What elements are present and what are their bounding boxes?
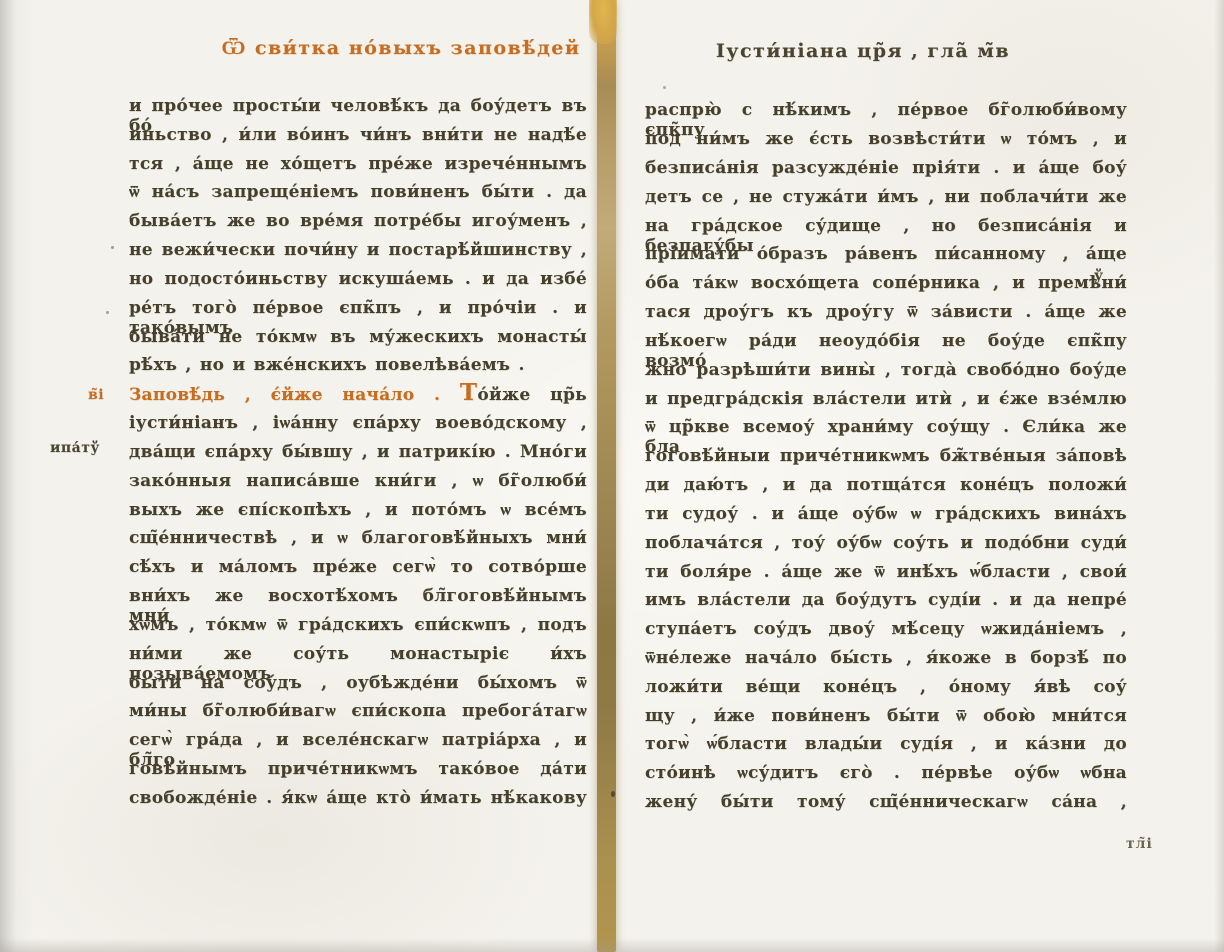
rubric-line: Заповѣ́дь , є́йже нача́ло . То́йже цр̃ь <box>129 384 587 413</box>
quire-signature: тл̃і <box>1126 836 1153 852</box>
book-spread-scan: Ѿ сви́тка но́выхъ заповѣ́дей Іусти́ніана… <box>0 0 1224 952</box>
scan-edge-shadow-right <box>1214 0 1224 952</box>
text-line: сто́инѣ ѡсу́дитъ єго̀ . пе́рвѣе оу́бѡ ѡб… <box>645 763 1127 792</box>
text-line: тася дроу́гъ къ дроу́гу ѿ за́висти . а́щ… <box>645 302 1127 331</box>
text-line: вни́хъ же восхотѣ́хомъ бл̃гоговѣ́йнымъ м… <box>129 586 587 615</box>
ink-speck <box>106 311 109 314</box>
text-line: хѡ́мъ , то́кмѡ ѿ гра́дскихъ єпи́скѡпъ , … <box>129 615 587 644</box>
text-line: рѣ́хъ , но и вже́нскихъ повелѣва́емъ . <box>129 355 587 384</box>
text-line: на гра́дское су́дище , но безписа́нія и … <box>645 216 1127 245</box>
text-line: но подосто́иньству искуша́емь . и да изб… <box>129 269 587 298</box>
text-line: пріима́ти о́бразъ ра́венъ пи́санному , а… <box>645 244 1127 273</box>
text-line: распрю̀ с нѣ́кимъ , пе́рвое бг̃олюби́вом… <box>645 100 1127 129</box>
rubric-initial: Т <box>460 379 477 406</box>
text-line: не вежи́чески почи́ну и постарѣ́йшинству… <box>129 240 587 269</box>
text-line: іусти́ніанъ , іѡа́нну єпа́рху воево́дско… <box>129 413 587 442</box>
text-line: и предгра́дскія вла́стели итѝ , и є́же в… <box>645 389 1127 418</box>
text-line: жно разрѣши́ти вины̀ , тогда̀ свобо́дно … <box>645 360 1127 389</box>
text-line: ре́тъ того̀ пе́рвое єпк̃пъ , и про́чіи .… <box>129 298 587 327</box>
text-line: ми́ны бг̃олюби́вагѡ єпи́скопа пребога́та… <box>129 701 587 730</box>
text-line: безписа́нія разсужде́ніе прія́ти . и а́щ… <box>645 158 1127 187</box>
text-line: гоговѣ́йныи приче́тникѡмъ бж̃тве́ныя за́… <box>645 446 1127 475</box>
rubric-line-rest: о́йже цр̃ь <box>477 385 587 405</box>
ink-speck <box>111 246 114 249</box>
text-line: нѣ́коегѡ ра́ди неоудо́бія не боу́де єпк̃… <box>645 331 1127 360</box>
text-line: ѿ на́съ запреще́ніемъ пови́ненъ бы́ти . … <box>129 182 587 211</box>
text-line: щу , и́же пови́ненъ бы́ти ѿ обою̀ мни́тс… <box>645 706 1127 735</box>
left-page-running-title: Ѿ сви́тка но́выхъ заповѣ́дей <box>183 37 619 60</box>
text-line: ступа́етъ соу́дъ двоу́ мѣ́сецу ѡжида́ніе… <box>645 619 1127 648</box>
text-line: ни́ми же соу́ть монастыріє и́хъ позыва́е… <box>129 644 587 673</box>
text-line: ѿне́леже нача́ло бы́сть , я́коже в борзѣ… <box>645 648 1127 677</box>
text-line: ложи́ти ве́щи коне́цъ , о́ному я́вѣ соу́ <box>645 677 1127 706</box>
text-line: быва́ти не то́кмѡ въ му́жескихъ монасты́ <box>129 327 587 356</box>
text-line: ди даю́тъ , и да потща́тся коне́цъ полож… <box>645 475 1127 504</box>
text-line: тся , а́ще не хо́щетъ пре́же изрече́нным… <box>129 154 587 183</box>
text-line: сщ̃е́нничествѣ , и ѡ благоговѣ́йныхъ мни… <box>129 528 587 557</box>
text-line: сѣ́хъ и ма́ломъ пре́же сегѡ̀ то сотво́рш… <box>129 557 587 586</box>
binding-tape <box>597 0 616 952</box>
ink-speck <box>611 791 615 797</box>
text-line: и про́чее просты́и человѣ́къ да боу́детъ… <box>129 96 587 125</box>
text-line: детъ се , не стужа́ти и́мъ , ни поблачи́… <box>645 187 1127 216</box>
text-line: о́ба та́кѡ восхо́щета сопе́рника , и пре… <box>645 273 1127 302</box>
scan-edge-shadow-bottom <box>0 938 1224 952</box>
text-line: ти судоу́ . и а́ще оу́бѡ ѡ гра́дскихъ ви… <box>645 504 1127 533</box>
text-line: бы́ти на соу́дъ , оубѣжде́ни бы́хомъ ѿ <box>129 673 587 702</box>
text-line: иньство , и́ли во́инъ чи́нъ вни́ти не на… <box>129 125 587 154</box>
text-line: поблача́тся , тоу́ оу́бѡ соу́ть и подо́б… <box>645 533 1127 562</box>
text-line: под ни́мъ же є́сть возвѣсти́ти ѡ то́мъ ,… <box>645 129 1127 158</box>
text-line: жену́ бы́ти тому́ сщ̃е́нническагѡ са́на … <box>645 792 1127 821</box>
text-line: свобожде́ніе . я́кѡ а́ще кто̀ и́мать нѣ́… <box>129 788 587 817</box>
text-line: два́щи єпа́рху бы́вшу , и патрикі́ю . Мн… <box>129 442 587 471</box>
text-line: говѣ́йнымъ приче́тникѡмъ тако́вое да́ти <box>129 759 587 788</box>
text-line: сегѡ̀ гра́да , и вселе́нскагѡ патріа́рха… <box>129 730 587 759</box>
text-line: зако́нныя написа́вше кни́ги , ѡ бг̃олюби… <box>129 471 587 500</box>
text-line: ти боля́ре . а́ще же ѿ инѣ́хъ ѡ́бласти ,… <box>645 562 1127 591</box>
text-line: быва́етъ же во вре́мя потре́бы игоу́менъ… <box>129 211 587 240</box>
text-line: ѿ цр̃кве всемоу́ храни́му соу́щу . Єли́к… <box>645 417 1127 446</box>
gloss-margin-note: ипа́тў <box>50 440 100 456</box>
chapter-number-margin-note: в̃і <box>88 387 104 403</box>
ink-speck <box>663 86 666 89</box>
text-line: выхъ же єпі́скопѣхъ , и пото́мъ ѡ все́мъ <box>129 500 587 529</box>
text-line: тогѡ̀ ѡ́бласти влады́и суді́я , и ка́зни… <box>645 734 1127 763</box>
text-line: имъ вла́стели да боу́дутъ суді́и . и да … <box>645 590 1127 619</box>
rubric-label: Заповѣ́дь , є́йже нача́ло . <box>129 385 440 405</box>
right-page-running-title: Іусти́ніана цр̃я , гла̃ м̃в <box>698 40 1028 62</box>
right-margin-note: ў <box>1094 268 1103 284</box>
